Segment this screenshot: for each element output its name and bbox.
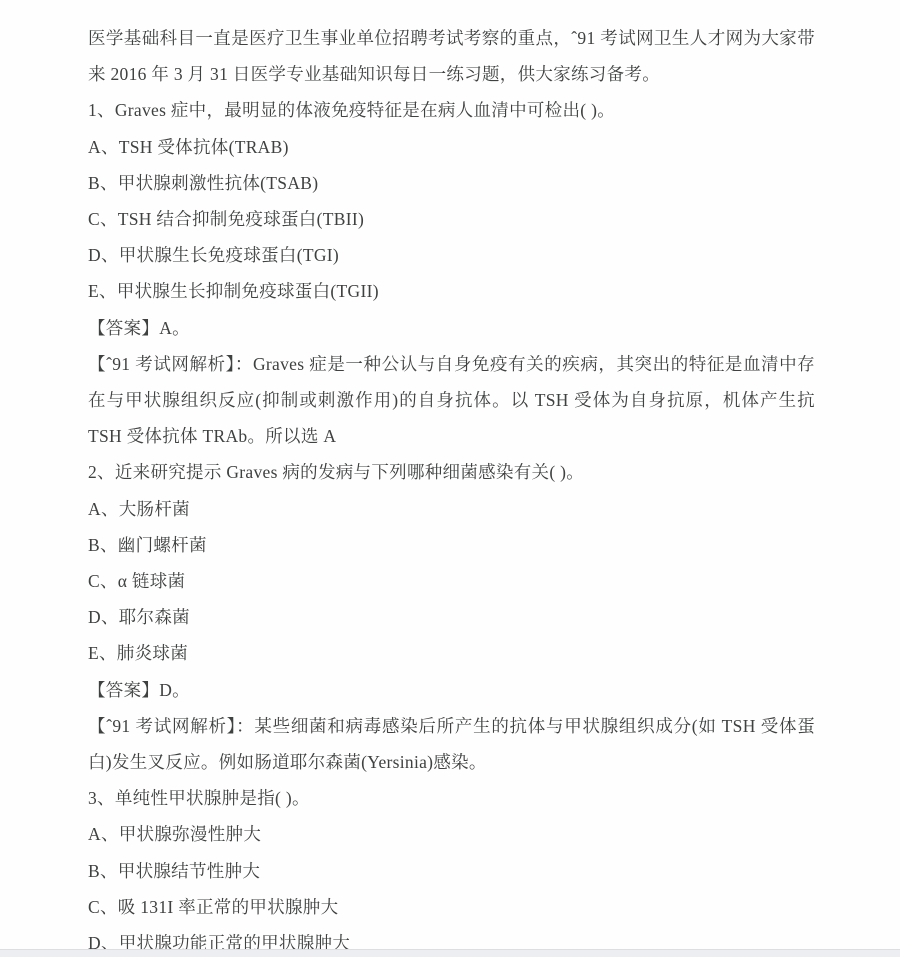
question-1-option-b: B、甲状腺刺激性抗体(TSAB) bbox=[88, 165, 815, 201]
page-bottom-edge bbox=[0, 949, 900, 957]
question-3-stem: 3、单纯性甲状腺肿是指( )。 bbox=[88, 780, 815, 816]
question-1-option-c: C、TSH 结合抑制免疫球蛋白(TBII) bbox=[88, 201, 815, 237]
question-1-option-e: E、甲状腺生长抑制免疫球蛋白(TGII) bbox=[88, 273, 815, 309]
question-1-option-a: A、TSH 受体抗体(TRAB) bbox=[88, 129, 815, 165]
question-2-answer: 【答案】D。 bbox=[88, 672, 815, 708]
question-1-stem: 1、Graves 症中，最明显的体液免疫特征是在病人血清中可检出( )。 bbox=[88, 92, 815, 128]
question-2-stem: 2、近来研究提示 Graves 病的发病与下列哪种细菌感染有关( )。 bbox=[88, 454, 815, 490]
intro-paragraph: 医学基础科目一直是医疗卫生事业单位招聘考试考察的重点，ˆ91 考试网卫生人才网为… bbox=[88, 20, 815, 92]
question-1-option-d: D、甲状腺生长免疫球蛋白(TGI) bbox=[88, 237, 815, 273]
document-page: 医学基础科目一直是医疗卫生事业单位招聘考试考察的重点，ˆ91 考试网卫生人才网为… bbox=[0, 0, 900, 948]
question-1-analysis: 【ˆ91 考试网解析】：Graves 症是一种公认与自身免疫有关的疾病，其突出的… bbox=[88, 346, 815, 455]
question-2-option-c: C、α 链球菌 bbox=[88, 563, 815, 599]
question-2-option-d: D、耶尔森菌 bbox=[88, 599, 815, 635]
question-1-answer: 【答案】A。 bbox=[88, 310, 815, 346]
question-2-analysis: 【ˆ91 考试网解析】：某些细菌和病毒感染后所产生的抗体与甲状腺组织成分(如 T… bbox=[88, 708, 815, 780]
question-3-option-a: A、甲状腺弥漫性肿大 bbox=[88, 816, 815, 852]
question-2-option-a: A、大肠杆菌 bbox=[88, 491, 815, 527]
question-3-option-c: C、吸 131I 率正常的甲状腺肿大 bbox=[88, 889, 815, 925]
question-3-option-b: B、甲状腺结节性肿大 bbox=[88, 853, 815, 889]
question-2-option-e: E、肺炎球菌 bbox=[88, 635, 815, 671]
question-2-option-b: B、幽门螺杆菌 bbox=[88, 527, 815, 563]
